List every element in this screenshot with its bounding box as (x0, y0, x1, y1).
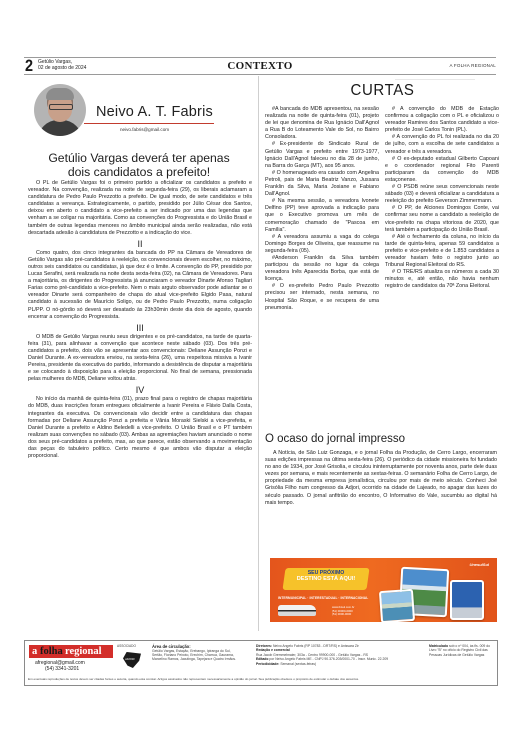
curtas-item: # Ex-presidente do Sindicato Rural de Ge… (265, 141, 379, 169)
page-header: 2 Getúlio Vargas, 02 de agosto de 2024 C… (24, 57, 496, 75)
author-name: Neivo A. T. Fabris (96, 104, 213, 120)
newsroom-label: Redação e comercial (256, 648, 290, 652)
adjori-rs-map-icon: ADJORI (123, 652, 141, 668)
logo-folha: folha (40, 645, 63, 658)
curtas-item: # A vereadora assumiu a vaga do colega D… (265, 234, 379, 255)
curtas-item: # O TRE/RS atualiza os números a cada 30… (385, 269, 499, 290)
section-ii-heading: II (28, 239, 252, 250)
curtas-right-column: # A convenção do MDB de Estação confirmo… (385, 106, 499, 290)
contact-phone: (54) 3341-3201 (45, 666, 79, 672)
author-email[interactable]: neivo.fabris@gmail.com (120, 127, 169, 133)
ad-photo-beach (379, 589, 415, 622)
author-block: Neivo A. T. Fabris neivo.fabris@gmail.co… (24, 78, 254, 148)
directors-label: Diretores: (256, 644, 272, 648)
ad-routes: INTERMUNICIPAL · INTERESTADUAL · INTERNA… (278, 596, 368, 600)
masthead-info: Diretores: Neivo Angelo Fabris (RP 10783… (256, 644, 436, 666)
travel-advertisement[interactable]: SEU PRÓXIMO DESTINO ESTÁ AQUI! INTERMUNI… (270, 558, 497, 622)
adjori-badge-text: ADJORI (125, 658, 135, 661)
curtas-title: CURTAS (265, 82, 500, 101)
circulation-area-text: Getúlio Vargas, Estação, Erebango, Ipira… (152, 649, 242, 662)
periodicity-text: Semanal (sextas-feiras) (280, 662, 316, 666)
bus-icon (278, 605, 316, 616)
brand-name: A FOLHA REGIONAL (450, 62, 496, 70)
curtas-item: # O homenageado era casado com Angelina … (265, 170, 379, 198)
curtas-item: # O PP, de Alciones Domingos Conte, vai … (385, 205, 499, 233)
avatar-glasses-icon (49, 104, 73, 110)
column-divider (258, 76, 259, 631)
curtas-item: # Na mesma sessão, a vereadora Ivonete D… (265, 198, 379, 233)
ad-photo-city (450, 580, 484, 620)
curtas-left-column: #A bancada do MDB apresentou, na sessão … (265, 106, 379, 312)
column-body: O PL de Getúlio Vargas foi o primeiro pa… (28, 180, 252, 460)
section-iii-text: O MDB de Getúlio Vargas reuniu seus diri… (28, 334, 252, 384)
editor-text: por Neivo Angelo Fabris ME - CNPJ 90.376… (269, 657, 388, 661)
periodicity-label: Periodicidade: (256, 662, 279, 666)
section-ii-text: Como quatro, dos cinco integrantes da ba… (28, 250, 252, 321)
logo-regional: regional (65, 645, 102, 658)
ocaso-title: O ocaso do jornal impresso (265, 432, 405, 446)
registration-label: Matriculado (429, 644, 448, 648)
logo-a: a (32, 645, 37, 658)
ad-headline-line-2: DESTINO ESTÁ AQUI! (284, 576, 368, 582)
registration-info: Matriculado sob o nº 004, às fls. 009 do… (429, 644, 493, 657)
section-iv-text: No início da manhã de quinta-feira (01),… (28, 396, 252, 460)
disclaimer: Em eventuais reproduções de textos devem… (28, 677, 494, 682)
curtas-item: # O ex-deputado estadual Gilberto Capoan… (385, 156, 499, 184)
avatar-hair (46, 88, 74, 100)
section-title: CONTEXTO (24, 58, 496, 74)
ad-contact: www.ibisul.com.br (51) 00000-0000 (51) 0… (332, 606, 354, 617)
curtas-item: # Até o fechamento da coluna, no início … (385, 234, 499, 269)
section-iv-heading: IV (28, 385, 252, 396)
author-divider (84, 123, 214, 124)
ocaso-article: A Notícia, de São Luiz Gonzaga, e o jorn… (265, 450, 497, 507)
section-i-text: O PL de Getúlio Vargas foi o primeiro pa… (28, 180, 252, 237)
curtas-item: #Anderson Franklin da Silva também parti… (265, 255, 379, 283)
section-iii-heading: III (28, 323, 252, 334)
ocaso-text: A Notícia, de São Luiz Gonzaga, e o jorn… (265, 450, 497, 507)
curtas-item: # O ex-prefeito Pedro Paulo Prezzotto pr… (265, 283, 379, 311)
masthead-footer: a folha regional afregional@gmail.com (5… (24, 640, 498, 686)
ad-phone-2: (51) 0000-0000 (332, 613, 354, 617)
curtas-item: #A bancada do MDB apresentou, na sessão … (265, 106, 379, 141)
headline-line-1: Getúlio Vargas deverá ter apenas (24, 151, 254, 165)
curtas-top-rule (395, 79, 475, 80)
directors-text: Neivo Angelo Fabris (RP 10783 - DRT/RS) … (273, 644, 359, 648)
author-avatar (34, 84, 86, 136)
newspaper-page: 2 Getúlio Vargas, 02 de agosto de 2024 C… (0, 0, 525, 743)
curtas-item: # O PSDB reúne seus convencionais neste … (385, 184, 499, 205)
curtas-item: # A convenção do PL foi realizada no dia… (385, 134, 499, 155)
ad-headline: SEU PRÓXIMO DESTINO ESTÁ AQUI! (284, 570, 368, 582)
avatar-shoulders (38, 120, 82, 136)
associado-label: ASSOCIADO (117, 644, 136, 648)
headline-line-2: dois candidatos a prefeito! (24, 165, 254, 179)
column-headline: Getúlio Vargas deverá ter apenas dois ca… (24, 151, 254, 179)
editor-label: Editado (256, 657, 268, 661)
newspaper-logo: a folha regional (29, 645, 113, 658)
curtas-item: # A convenção do MDB de Estação confirmo… (385, 106, 499, 134)
ad-logo: UnesulSul (469, 562, 489, 567)
